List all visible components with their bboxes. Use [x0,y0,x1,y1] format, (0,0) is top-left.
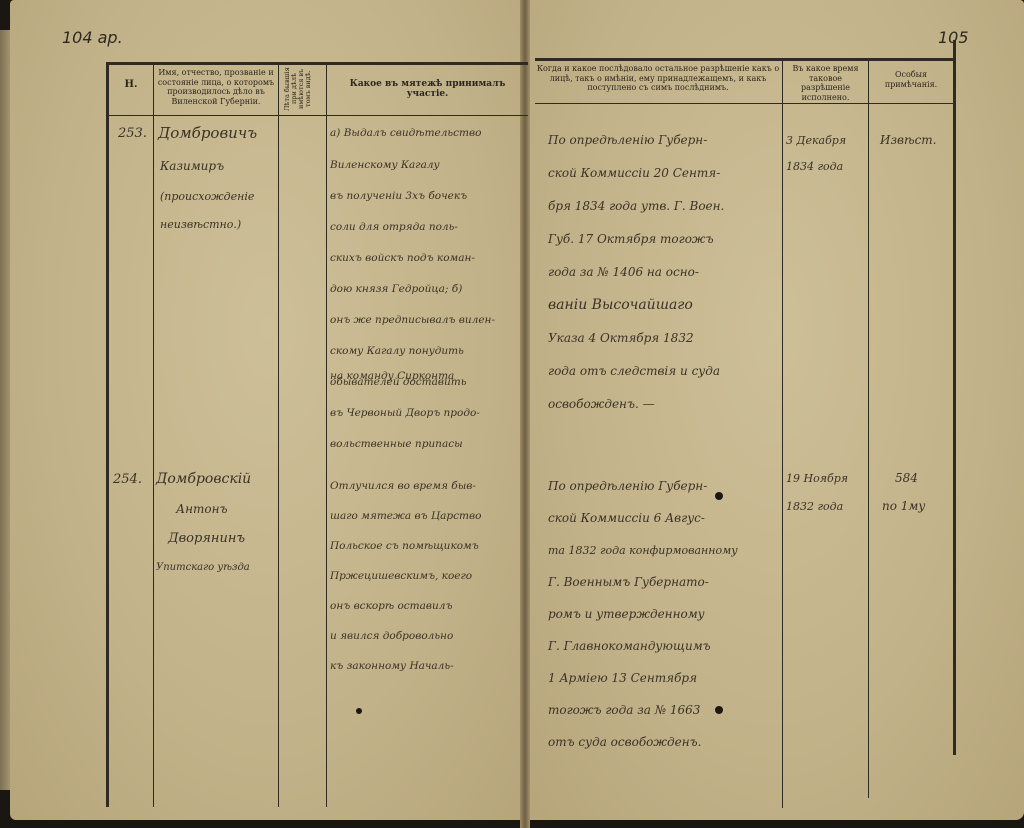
header-years: Лѣта бывшія при дѣлѣ имѣются въ томъ вид… [284,66,312,112]
entry-notes: Извѣст. [880,124,937,158]
right-border [953,40,956,755]
entry-number: 254. [113,463,142,497]
header-notes: Особыя примѣчанія. [870,70,952,89]
binding-hole [715,706,723,714]
header-name: Имя, отчество, прозваніе и состояніе лиц… [156,68,276,106]
header-executed: Въ какое время таковое разрѣшеніе исполн… [784,64,867,102]
entry-number: 253. [118,117,147,151]
header-number: Н. [112,80,150,90]
left-border [106,62,109,807]
top-rule-left [108,62,528,65]
binding-hole [715,492,723,500]
binding-hole [356,708,362,714]
header-rule-right [535,103,955,104]
col-divider [278,62,279,807]
top-rule-right [535,58,955,61]
col-divider [868,58,869,798]
col-divider [782,58,783,808]
header-participation: Какое въ мятежѣ принималъ участіе. [330,80,525,99]
header-rule-left [108,115,528,116]
header-decision: Когда и какое послѣдовало остальное разр… [535,64,781,93]
left-page-number: 104 ар. [62,28,123,47]
col-divider [326,62,327,807]
col-divider [153,62,154,807]
book-gutter [520,0,530,828]
